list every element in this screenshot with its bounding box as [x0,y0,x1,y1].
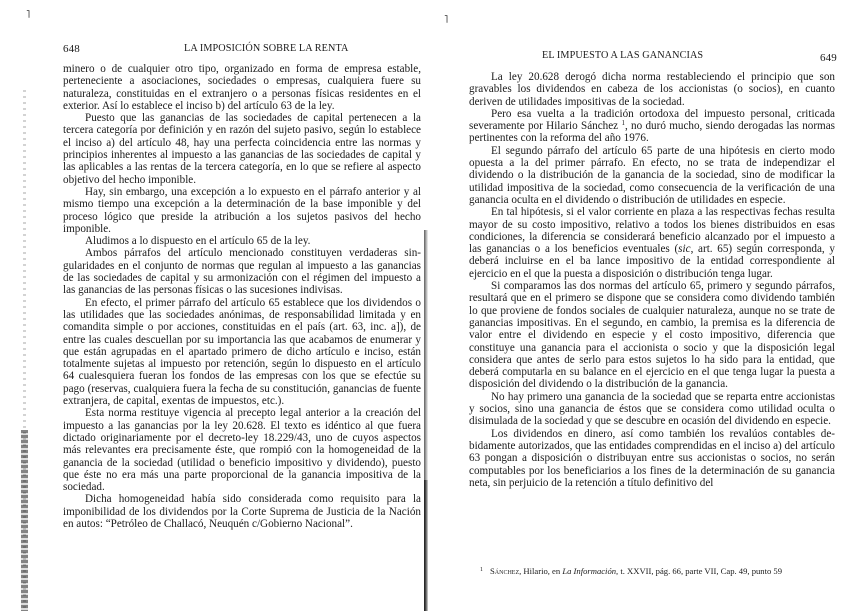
paragraph: No hay primero una ganancia de la socied… [469,391,835,428]
body-text: La ley 20.628 derogó dicha norma restabl… [469,71,835,489]
paragraph: Puesto que las ganancias de las sociedad… [63,112,421,186]
paragraph: El segundo párrafo del artículo 65 parte… [469,145,835,206]
page-number: 649 [820,52,837,64]
running-head: EL IMPUESTO A LAS GANANCIAS [542,50,703,62]
left-page: ˥ 648 LA IMPOSICIÓN SOBRE LA RENTA miner… [0,0,424,611]
paragraph: Si comparamos las dos normas del artícul… [469,280,835,391]
footnote-marker: 1 [480,567,483,573]
paragraph: Dicha homogeneidad había sido considerad… [63,493,421,530]
running-head: LA IMPOSICIÓN SOBRE LA RENTA [184,43,348,55]
footnote-title: La Información [562,566,616,576]
binding-edge-shadow [21,430,28,611]
crop-mark-icon: ˥ [26,10,30,21]
body-text: minero o de cualquier otro tipo, organiz… [63,63,421,530]
paragraph: Ambos párrafos del artículo mencionado c… [63,247,421,296]
paragraph: En tal hipótesis, si el valor corriente … [469,206,835,280]
paragraph: minero o de cualquier otro tipo, organiz… [63,63,421,112]
paragraph: La ley 20.628 derogó dicha norma restabl… [469,71,835,108]
gutter-shadow-dark [424,480,428,611]
footnote: 1Sánchez, Hilario, en La Información, t.… [480,565,840,577]
page-number: 648 [63,43,80,55]
right-page: ˥ EL IMPUESTO A LAS GANANCIAS 649 La ley… [424,0,848,611]
paragraph: Esta norma restituye vigencia al precept… [63,407,421,493]
paragraph: Pero esa vuelta a la tradición ortodoxa … [469,108,835,145]
paragraph: Aludimos a lo dispuesto en el artículo 6… [63,235,421,247]
crop-mark-icon: ˥ [444,15,448,26]
footnote-author: Sánchez [490,566,519,576]
paragraph: En efecto, el primer párrafo del artícul… [63,297,421,408]
paragraph: Hay, sin embargo, una excepción a lo exp… [63,186,421,235]
paragraph: Los dividendos en dinero, así como tambi… [469,428,835,489]
book-spread: ˥ 648 LA IMPOSICIÓN SOBRE LA RENTA miner… [0,0,848,611]
sic-italic: sic [678,243,690,255]
